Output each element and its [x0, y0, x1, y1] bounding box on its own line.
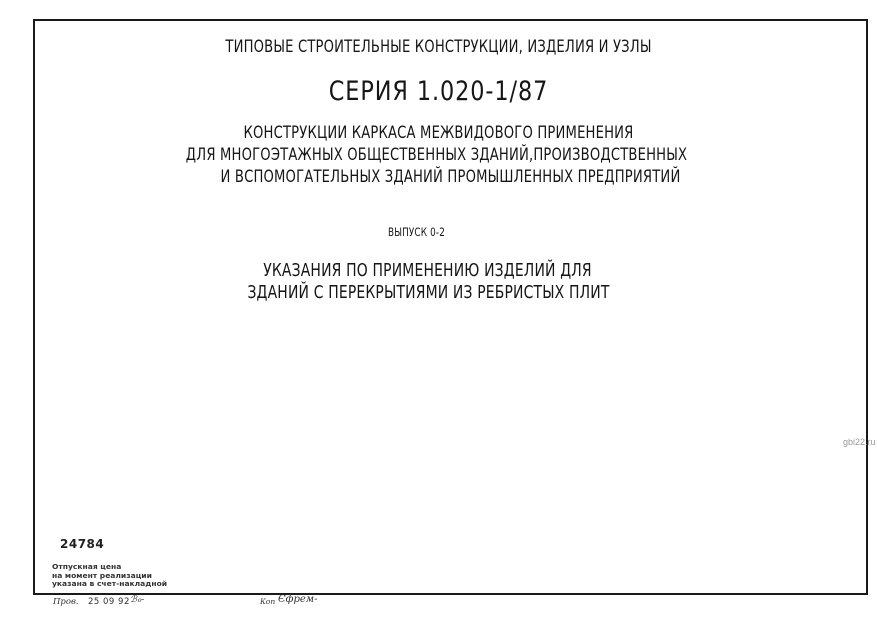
subject-line-3: И ВСПОМОГАТЕЛЬНЫХ ЗДАНИЙ ПРОМЫШЛЕННЫХ ПР… — [73, 167, 827, 187]
copy-signature: Єфрем- — [278, 594, 317, 605]
series-title: СЕРИЯ 1.020-1/87 — [35, 76, 842, 107]
subject-line-1: КОНСТРУКЦИИ КАРКАСА МЕЖВИДОВОГО ПРИМЕНЕН… — [61, 123, 815, 143]
issue-number: ВЫПУСК 0-2 — [44, 225, 789, 239]
watermark: gbi22.ru — [843, 437, 876, 447]
instruction-line-2: ЗДАНИЙ С ПЕРЕКРЫТИЯМИ ИЗ РЕБРИСТЫХ ПЛИТ — [51, 282, 805, 303]
check-signature: ℬℴ- — [130, 595, 144, 605]
copy-label: Коп — [260, 597, 275, 606]
inventory-number: 24784 — [60, 537, 104, 551]
check-date: 25 09 92 — [88, 597, 130, 607]
document-header: ТИПОВЫЕ СТРОИТЕЛЬНЫЕ КОНСТРУКЦИИ, ИЗДЕЛИ… — [61, 37, 815, 57]
subject-line-2: ДЛЯ МНОГОЭТАЖНЫХ ОБЩЕСТВЕННЫХ ЗДАНИЙ,ПРО… — [59, 145, 813, 165]
instruction-line-1: УКАЗАНИЯ ПО ПРИМЕНЕНИЮ ИЗДЕЛИЙ ДЛЯ — [50, 260, 804, 281]
price-note: Отпускная цена на момент реализации указ… — [52, 563, 167, 589]
price-note-line: указана в счет-накладной — [52, 580, 167, 589]
check-label: Пров. — [53, 597, 79, 607]
